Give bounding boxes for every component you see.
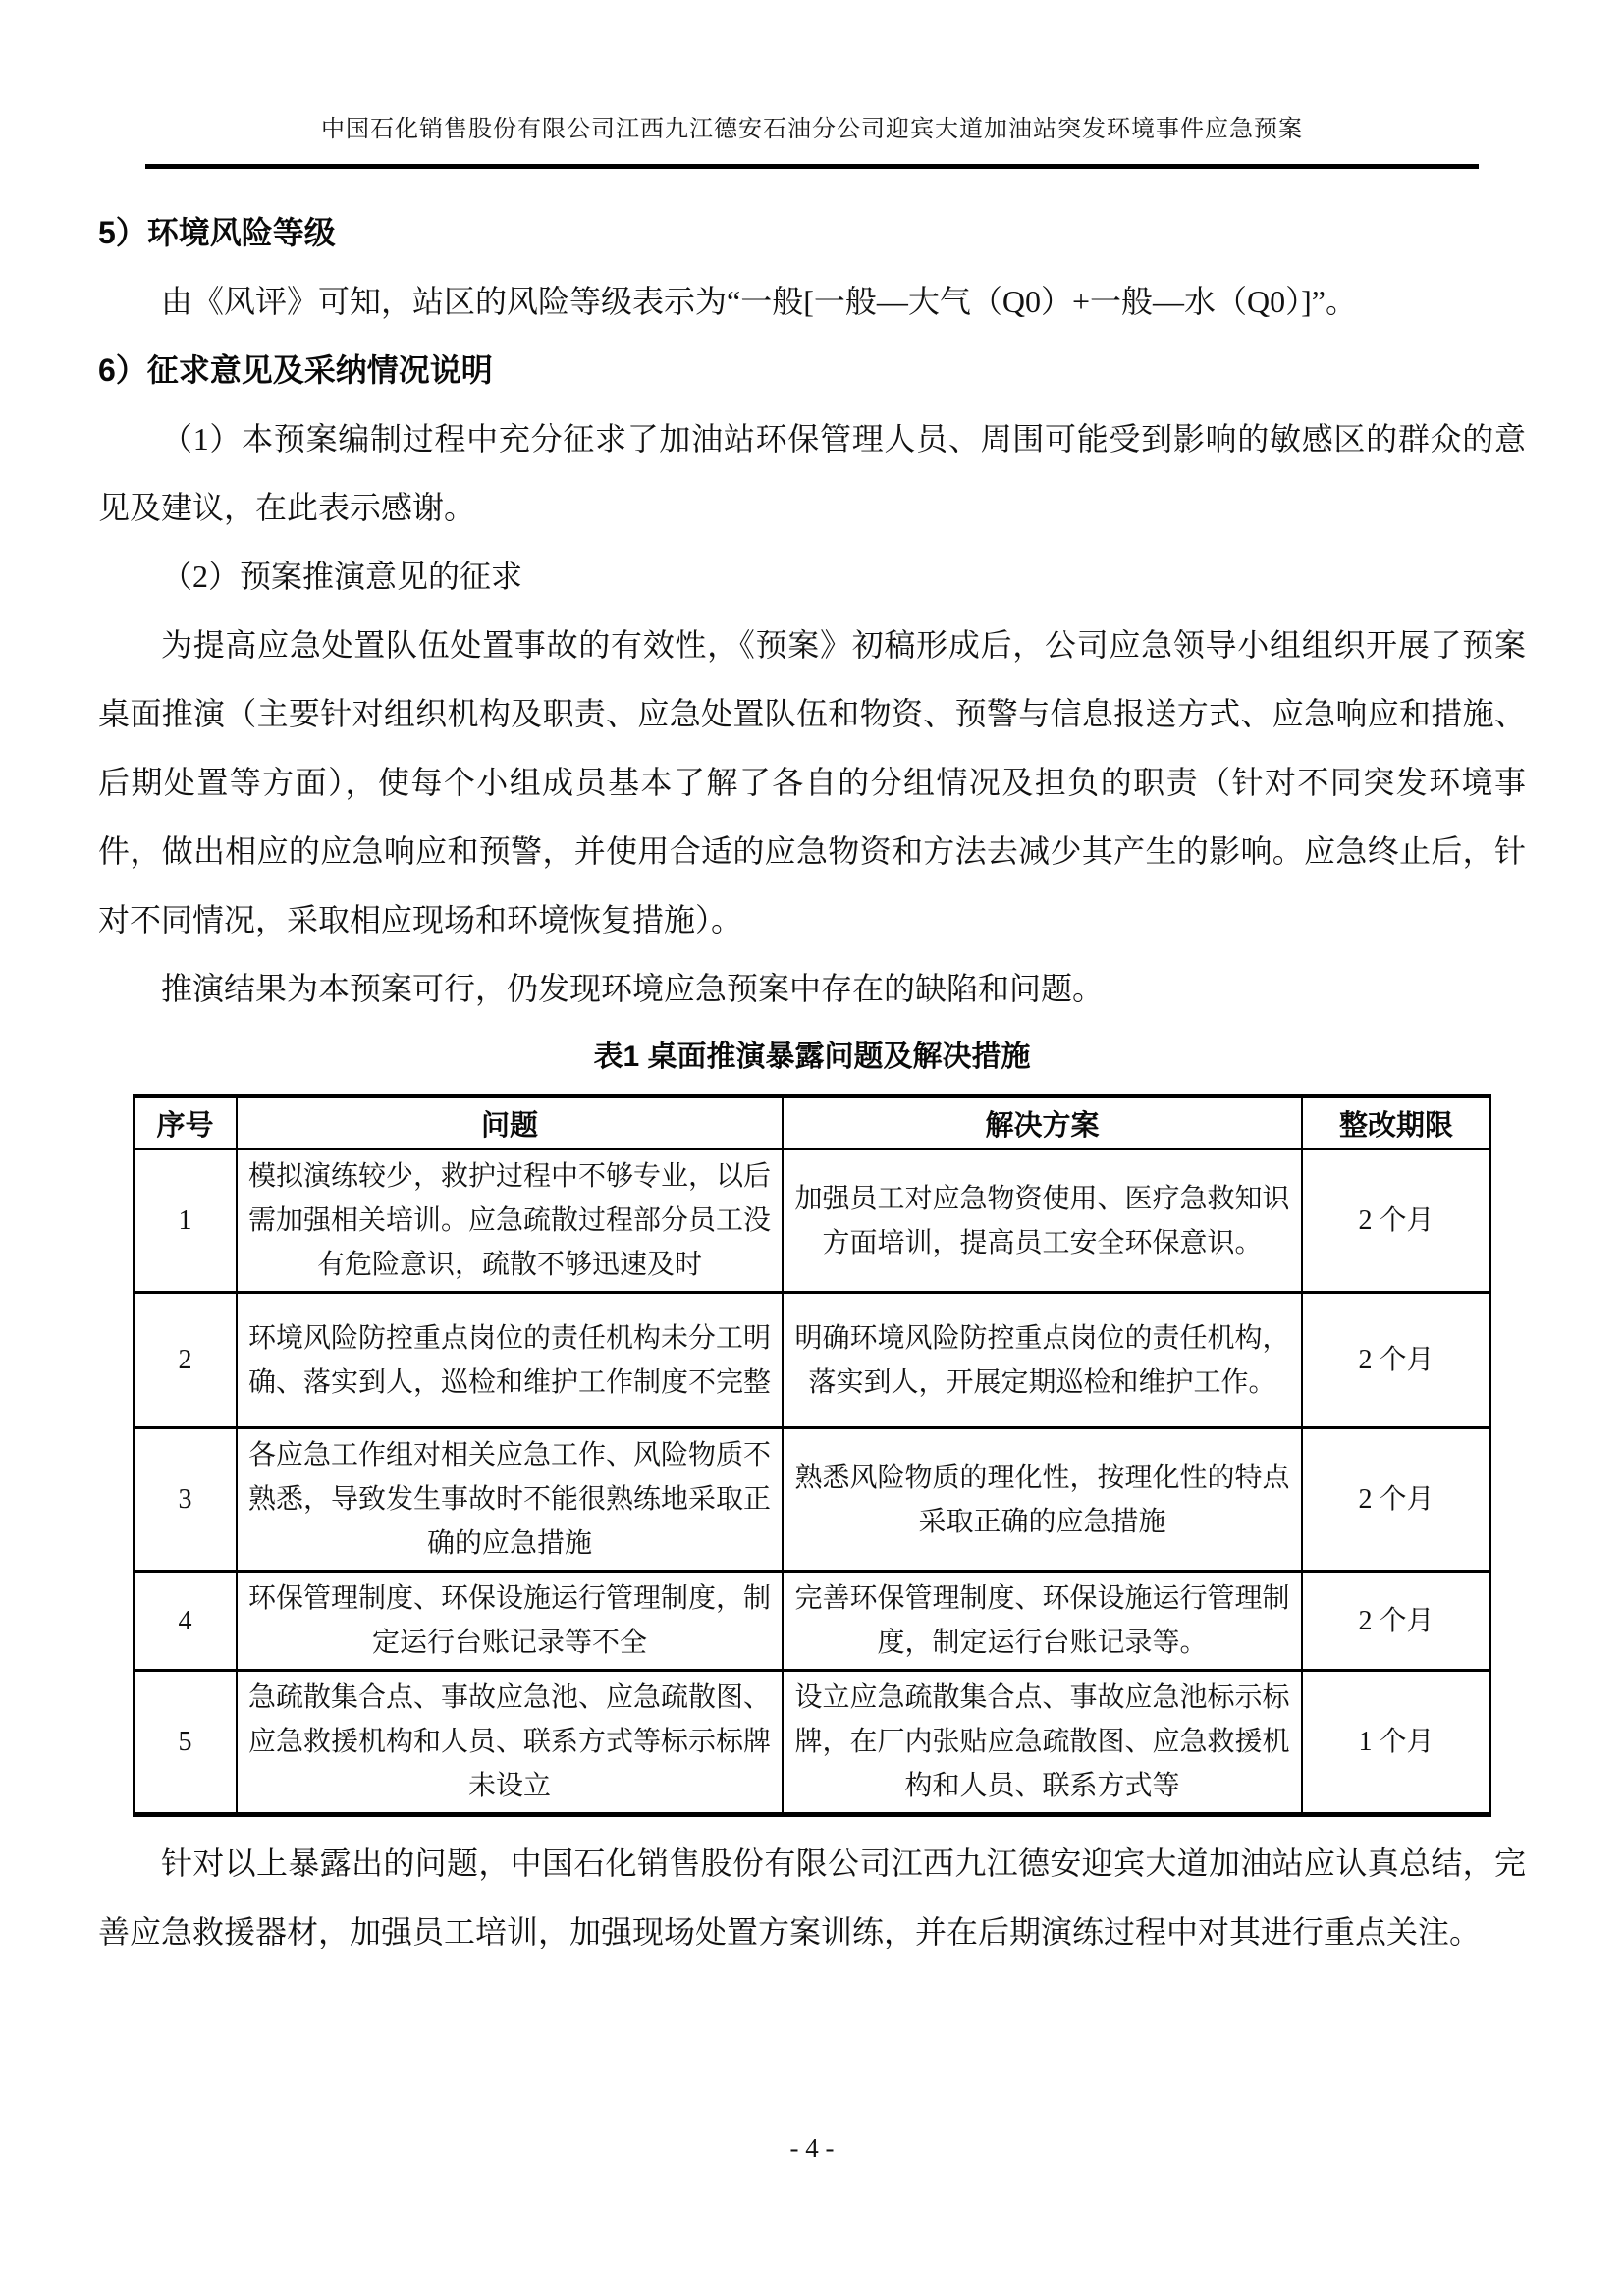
cell-solution: 加强员工对应急物资使用、医疗急救知识方面培训，提高员工安全环保意识。 [783, 1149, 1302, 1293]
cell-no: 3 [134, 1428, 237, 1572]
cell-no: 1 [134, 1149, 237, 1293]
cell-problem: 模拟演练较少，救护过程中不够专业，以后需加强相关培训。应急疏散过程部分员工没有危… [237, 1149, 783, 1293]
table-row: 1 模拟演练较少，救护过程中不够专业，以后需加强相关培训。应急疏散过程部分员工没… [134, 1149, 1490, 1293]
section-6-heading: 6）征求意见及采纳情况说明 [98, 336, 1526, 404]
section-6-paragraph-4: 推演结果为本预案可行，仍发现环境应急预案中存在的缺陷和问题。 [98, 954, 1526, 1023]
document-page: 中国石化销售股份有限公司江西九江德安石油分公司迎宾大道加油站突发环境事件应急预案… [0, 0, 1624, 2296]
cell-no: 2 [134, 1293, 237, 1428]
issues-table: 序号 问题 解决方案 整改期限 1 模拟演练较少，救护过程中不够专业，以后需加强… [133, 1094, 1491, 1817]
document-header-title: 中国石化销售股份有限公司江西九江德安石油分公司迎宾大道加油站突发环境事件应急预案 [98, 0, 1526, 149]
closing-paragraph: 针对以上暴露出的问题，中国石化销售股份有限公司江西九江德安迎宾大道加油站应认真总… [98, 1829, 1526, 1966]
header-cell-problem: 问题 [237, 1096, 783, 1149]
cell-no: 5 [134, 1671, 237, 1815]
cell-deadline: 1 个月 [1302, 1671, 1490, 1815]
page-number: - 4 - [98, 2128, 1526, 2167]
header-cell-no: 序号 [134, 1096, 237, 1149]
cell-problem: 急疏散集合点、事故应急池、应急疏散图、应急救援机构和人员、联系方式等标示标牌未设… [237, 1671, 783, 1815]
section-6-paragraph-2: （2）预案推演意见的征求 [98, 542, 1526, 611]
table-row: 5 急疏散集合点、事故应急池、应急疏散图、应急救援机构和人员、联系方式等标示标牌… [134, 1671, 1490, 1815]
section-6-paragraph-1: （1）本预案编制过程中充分征求了加油站环保管理人员、周围可能受到影响的敏感区的群… [98, 404, 1526, 542]
cell-solution: 熟悉风险物质的理化性，按理化性的特点采取正确的应急措施 [783, 1428, 1302, 1572]
cell-solution: 设立应急疏散集合点、事故应急池标示标牌，在厂内张贴应急疏散图、应急救援机构和人员… [783, 1671, 1302, 1815]
cell-deadline: 2 个月 [1302, 1572, 1490, 1671]
section-6-paragraph-3: 为提高应急处置队伍处置事故的有效性，《预案》初稿形成后，公司应急领导小组组织开展… [98, 611, 1526, 954]
header-rule [145, 164, 1479, 169]
cell-problem: 环境风险防控重点岗位的责任机构未分工明确、落实到人，巡检和维护工作制度不完整 [237, 1293, 783, 1428]
table-title: 表1 桌面推演暴露问题及解决措施 [98, 1023, 1526, 1092]
header-cell-solution: 解决方案 [783, 1096, 1302, 1149]
section-5-paragraph: 由《风评》可知，站区的风险等级表示为“一般[一般—大气（Q0）+一般—水（Q0）… [98, 267, 1526, 336]
cell-deadline: 2 个月 [1302, 1293, 1490, 1428]
cell-no: 4 [134, 1572, 237, 1671]
cell-solution: 完善环保管理制度、环保设施运行管理制度，制定运行台账记录等。 [783, 1572, 1302, 1671]
table-row: 4 环保管理制度、环保设施运行管理制度，制定运行台账记录等不全 完善环保管理制度… [134, 1572, 1490, 1671]
header-cell-deadline: 整改期限 [1302, 1096, 1490, 1149]
section-5-heading: 5）环境风险等级 [98, 198, 1526, 267]
cell-deadline: 2 个月 [1302, 1149, 1490, 1293]
table-header-row: 序号 问题 解决方案 整改期限 [134, 1096, 1490, 1149]
cell-problem: 环保管理制度、环保设施运行管理制度，制定运行台账记录等不全 [237, 1572, 783, 1671]
cell-problem: 各应急工作组对相关应急工作、风险物质不熟悉，导致发生事故时不能很熟练地采取正确的… [237, 1428, 783, 1572]
table-row: 3 各应急工作组对相关应急工作、风险物质不熟悉，导致发生事故时不能很熟练地采取正… [134, 1428, 1490, 1572]
cell-deadline: 2 个月 [1302, 1428, 1490, 1572]
table-row: 2 环境风险防控重点岗位的责任机构未分工明确、落实到人，巡检和维护工作制度不完整… [134, 1293, 1490, 1428]
cell-solution: 明确环境风险防控重点岗位的责任机构，落实到人，开展定期巡检和维护工作。 [783, 1293, 1302, 1428]
